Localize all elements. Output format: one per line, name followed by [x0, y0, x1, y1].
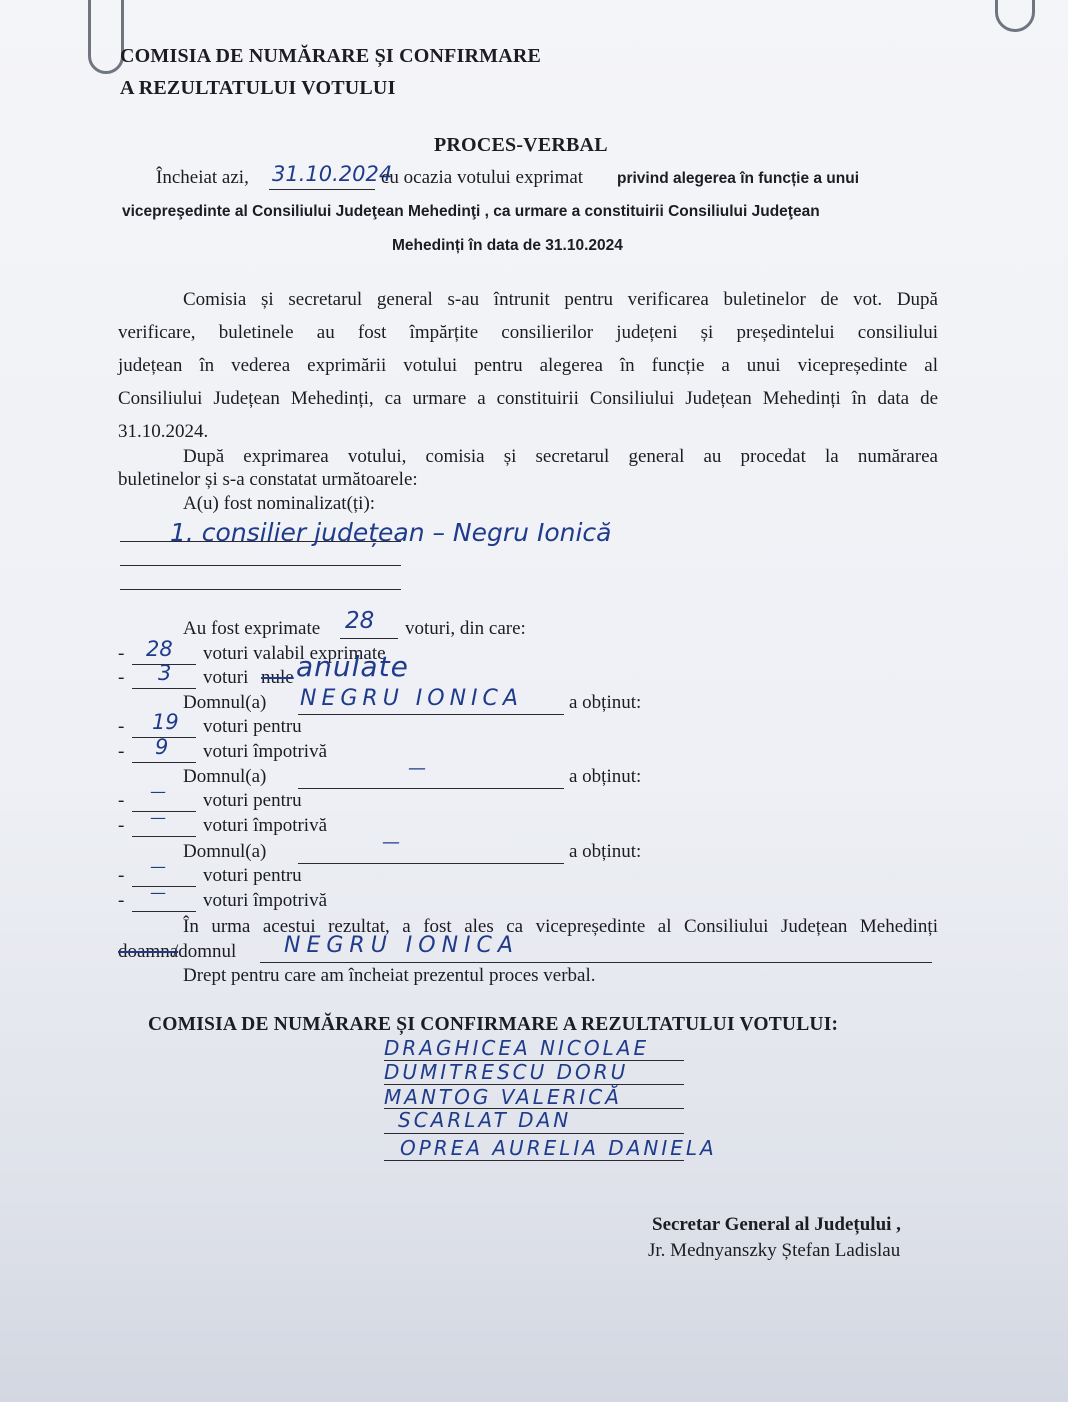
commission-member-2: DUMITRESCU DORU: [384, 1060, 628, 1084]
intro-prefix: Încheiat azi,: [156, 167, 249, 189]
candidate-1-for-label: voturi pentru: [203, 716, 302, 738]
paperclip-left-icon: [88, 0, 124, 74]
signature-name: Jr. Mednyanszky Ștefan Ladislau: [648, 1240, 900, 1262]
candidate-1-against-label: voturi împotrivă: [203, 741, 327, 763]
candidate-3-for-label: voturi pentru: [203, 865, 302, 887]
candidate-3-for-value: —: [150, 857, 166, 876]
votes-expressed-prefix: Au fost exprimate: [183, 618, 320, 640]
intro-after-date: cu ocazia votului exprimat: [381, 167, 583, 189]
paragraph2-line-2: buletinelor și s-a constatat următoarele…: [118, 469, 418, 491]
header-line-2: A REZULTATULUI VOTULUI: [120, 77, 396, 100]
votes-null-prefix: voturi: [203, 667, 248, 689]
commission-member-4: SCARLAT DAN: [398, 1108, 571, 1132]
result-struck: doamna: [118, 941, 178, 963]
intro-date: 31.10.2024: [272, 162, 392, 186]
candidate-1-name: NEGRU IONICA: [300, 686, 523, 711]
bullet-dash: -: [118, 643, 124, 665]
result-elected-name: NEGRU IONICA: [284, 933, 519, 958]
candidate-3-name: —: [382, 832, 400, 853]
paragraph1-line-5: 31.10.2024.: [118, 421, 208, 443]
nominations-label: A(u) fost nominalizat(ți):: [183, 493, 375, 515]
candidate-3-label: Domnul(a): [183, 841, 266, 863]
candidate-2-for-label: voturi pentru: [203, 790, 302, 812]
result-closing: Drept pentru care am încheiat prezentul …: [183, 965, 596, 987]
commission-member-5: OPREA AURELIA DANIELA: [400, 1136, 717, 1160]
bullet-dash: -: [118, 890, 124, 912]
votes-null-struck: nule: [261, 667, 294, 689]
candidate-3-against-value: —: [150, 883, 166, 902]
page-title: PROCES-VERBAL: [434, 134, 608, 157]
candidate-1-obtained: a obținut:: [569, 692, 641, 714]
nomination-entry-1: 1. consilier județean – Negru Ionică: [170, 518, 611, 547]
candidate-2-name: —: [408, 758, 426, 779]
intro-bold-3: Mehedinți în data de 31.10.2024: [392, 237, 623, 255]
votes-expressed-suffix: voturi, din care:: [405, 618, 526, 640]
candidate-2-label: Domnul(a): [183, 766, 266, 788]
candidate-1-for-value: 19: [152, 710, 179, 734]
votes-null-handwritten: anulate: [296, 650, 409, 683]
candidate-2-obtained: a obținut:: [569, 766, 641, 788]
bullet-dash: -: [118, 865, 124, 887]
paragraph2-line-1: După exprimarea votului, comisia și secr…: [183, 446, 938, 468]
votes-null-value: 3: [158, 661, 171, 685]
commission-member-1: DRAGHICEA NICOLAE: [384, 1036, 649, 1060]
bullet-dash: -: [118, 815, 124, 837]
candidate-1-label: Domnul(a): [183, 692, 266, 714]
paragraph1-line-4: Consiliului Județean Mehedinți, ca urmar…: [118, 388, 938, 410]
signature-title: Secretar General al Județului ,: [652, 1214, 901, 1236]
paragraph1-line-2: verificare, buletinele au fost împărțite…: [118, 322, 938, 344]
bullet-dash: -: [118, 741, 124, 763]
candidate-1-against-value: 9: [155, 735, 168, 759]
paperclip-right-icon: [995, 0, 1035, 32]
commission-heading: COMISIA DE NUMĂRARE ȘI CONFIRMARE A REZU…: [148, 1014, 838, 1036]
paragraph1-line-3: județean în vederea exprimării votului p…: [118, 355, 938, 377]
votes-expressed-value: 28: [345, 608, 374, 634]
bullet-dash: -: [118, 667, 124, 689]
candidate-2-against-value: —: [150, 808, 166, 827]
bullet-dash: -: [118, 716, 124, 738]
paragraph1-line-1: Comisia și secretarul general s-au întru…: [183, 289, 938, 311]
bullet-dash: -: [118, 790, 124, 812]
commission-member-3: MANTOG VALERICĂ: [384, 1085, 622, 1109]
candidate-3-obtained: a obținut:: [569, 841, 641, 863]
result-line-2-prefix: /domnul: [173, 941, 236, 963]
intro-bold-1: privind alegerea în funcție a unui: [617, 170, 859, 188]
votes-valid-value: 28: [146, 637, 173, 661]
header-line-1: COMISIA DE NUMĂRARE ȘI CONFIRMARE: [120, 45, 541, 68]
candidate-3-against-label: voturi împotrivă: [203, 890, 327, 912]
candidate-2-against-label: voturi împotrivă: [203, 815, 327, 837]
candidate-2-for-value: —: [150, 782, 166, 801]
intro-bold-2: vicepreşedinte al Consiliului Judeţean M…: [122, 203, 820, 221]
